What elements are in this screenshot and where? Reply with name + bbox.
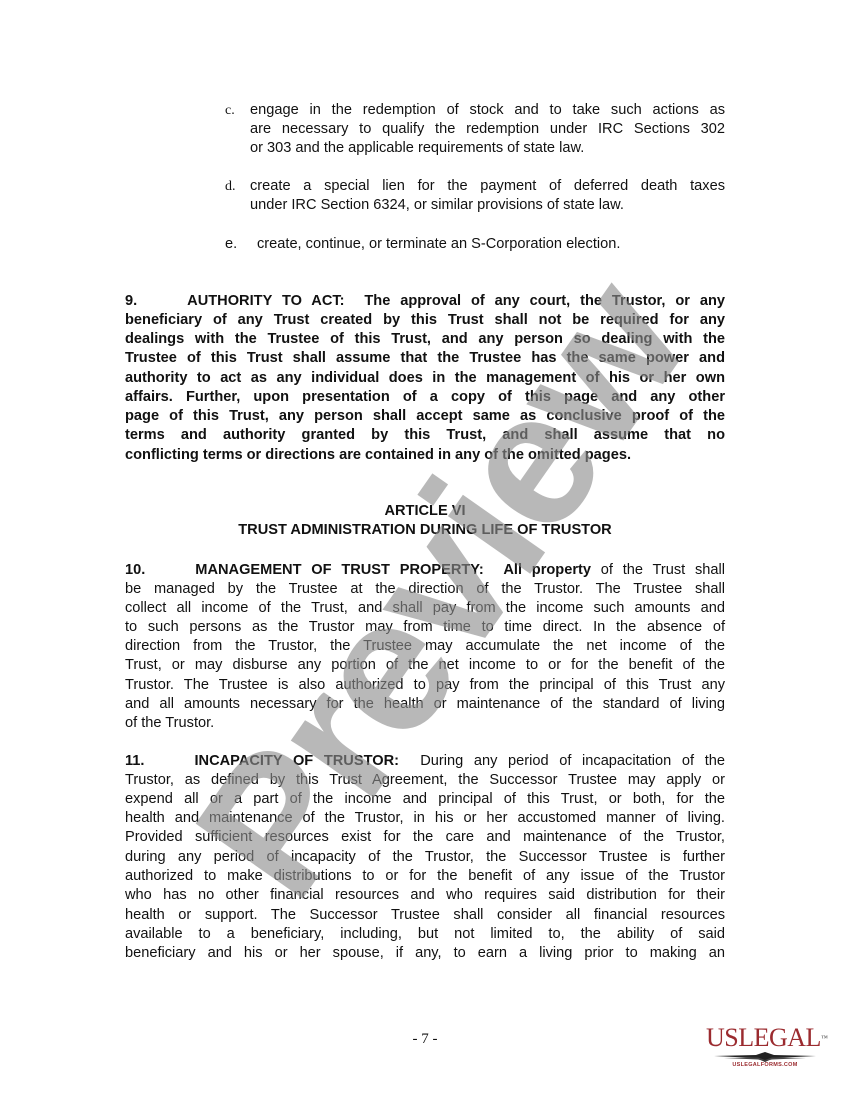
subitem-e-line: create, continue, or terminate an S-Corp… <box>257 235 620 254</box>
subitem-marker-d: d. <box>225 179 236 195</box>
logo-wordmark: USLEGAL™ <box>706 1024 824 1052</box>
section-11-line: health or support. The Successor Trustee… <box>125 906 725 925</box>
section-9-heading: AUTHORITY TO ACT: <box>187 293 344 309</box>
section-11-line: available to a beneficiary, including, b… <box>125 925 725 944</box>
section-11-line: health and maintenance of the Trustor, i… <box>125 809 725 828</box>
section-9-line: page of this Trust, any person shall acc… <box>125 407 725 426</box>
section-9-line: conflicting terms or directions are cont… <box>125 446 725 465</box>
section-11-line: authorized to make distributions to or f… <box>125 867 725 886</box>
section-10-line: be managed by the Trustee at the directi… <box>125 580 725 599</box>
section-9-line: authority to act as any individual does … <box>125 369 725 388</box>
section-11-number: 11. <box>125 753 144 769</box>
section-10-line: Trustor. The Trustee is also authorized … <box>125 676 725 695</box>
document-page: c. engage in the redemption of stock and… <box>0 0 850 1100</box>
section-9-text: The approval of any court, the Trustor, … <box>364 293 725 309</box>
section-9-line: Trustee of this Trust shall assume that … <box>125 349 725 368</box>
section-10-line: of the Trustor. <box>125 714 725 733</box>
section-9-line: affairs. Further, upon presentation of a… <box>125 388 725 407</box>
section-11-line: Provided sufficient resources exist for … <box>125 828 725 847</box>
eagle-icon <box>714 1052 816 1062</box>
subitem-c-line: or 303 and the applicable requirements o… <box>250 139 725 158</box>
section-11-text: During any period of incapacitation of t… <box>420 753 725 769</box>
section-10-line: to such persons as the Trustor may from … <box>125 618 725 637</box>
section-10-number: 10. <box>125 562 145 578</box>
subitem-marker-e: e. <box>225 235 237 254</box>
subitem-d-line: create a special lien for the payment of… <box>250 177 725 196</box>
subitem-marker-c: c. <box>225 103 235 119</box>
section-11-line: Trustor, as defined by this Trust Agreem… <box>125 771 725 790</box>
uslegal-logo[interactable]: USLEGAL™ USLEGALFORMS.COM <box>706 1024 824 1072</box>
logo-url: USLEGALFORMS.COM <box>706 1062 824 1068</box>
article-subtitle: TRUST ADMINISTRATION DURING LIFE OF TRUS… <box>125 522 725 538</box>
section-10-line: collect all income of the Trust, and sha… <box>125 599 725 618</box>
section-9-line: terms and authority granted by this Trus… <box>125 426 725 445</box>
section-10-line: and all amounts necessary for the health… <box>125 695 725 714</box>
section-11-line: beneficiary and his or her spouse, if an… <box>125 944 725 963</box>
section-11-line: expend all or a part of the income and p… <box>125 790 725 809</box>
article-title: ARTICLE VI <box>125 503 725 519</box>
subitem-c-line: engage in the redemption of stock and to… <box>250 101 725 120</box>
section-10-first-line: 10.MANAGEMENT OF TRUST PROPERTY: All pro… <box>125 561 725 580</box>
section-11-heading: INCAPACITY OF TRUSTOR: <box>194 753 399 769</box>
section-10-heading: MANAGEMENT OF TRUST PROPERTY: <box>195 562 484 578</box>
section-11-first-line: 11.INCAPACITY OF TRUSTOR: During any per… <box>125 752 725 771</box>
section-9-line: beneficiary of any Trust created by this… <box>125 311 725 330</box>
subitem-d-line: under IRC Section 6324, or similar provi… <box>250 196 725 215</box>
section-10-line: Trust, or may disburse any portion of th… <box>125 656 725 675</box>
section-11-line: who has no other financial resources and… <box>125 886 725 905</box>
section-9-first-line: 9.AUTHORITY TO ACT: The approval of any … <box>125 292 725 311</box>
subitem-c-line: are necessary to qualify the redemption … <box>250 120 725 139</box>
section-10-line: direction from the Trustor, the Trustee … <box>125 637 725 656</box>
section-9-line: dealings with the Trustee of this Trust,… <box>125 330 725 349</box>
section-10-bold-lead: All property <box>503 562 591 578</box>
section-11-line: during any period of incapacity of the T… <box>125 848 725 867</box>
section-10-text: of the Trust shall <box>601 562 725 578</box>
section-9-number: 9. <box>125 293 137 309</box>
page-number: - 7 - <box>400 1031 450 1048</box>
